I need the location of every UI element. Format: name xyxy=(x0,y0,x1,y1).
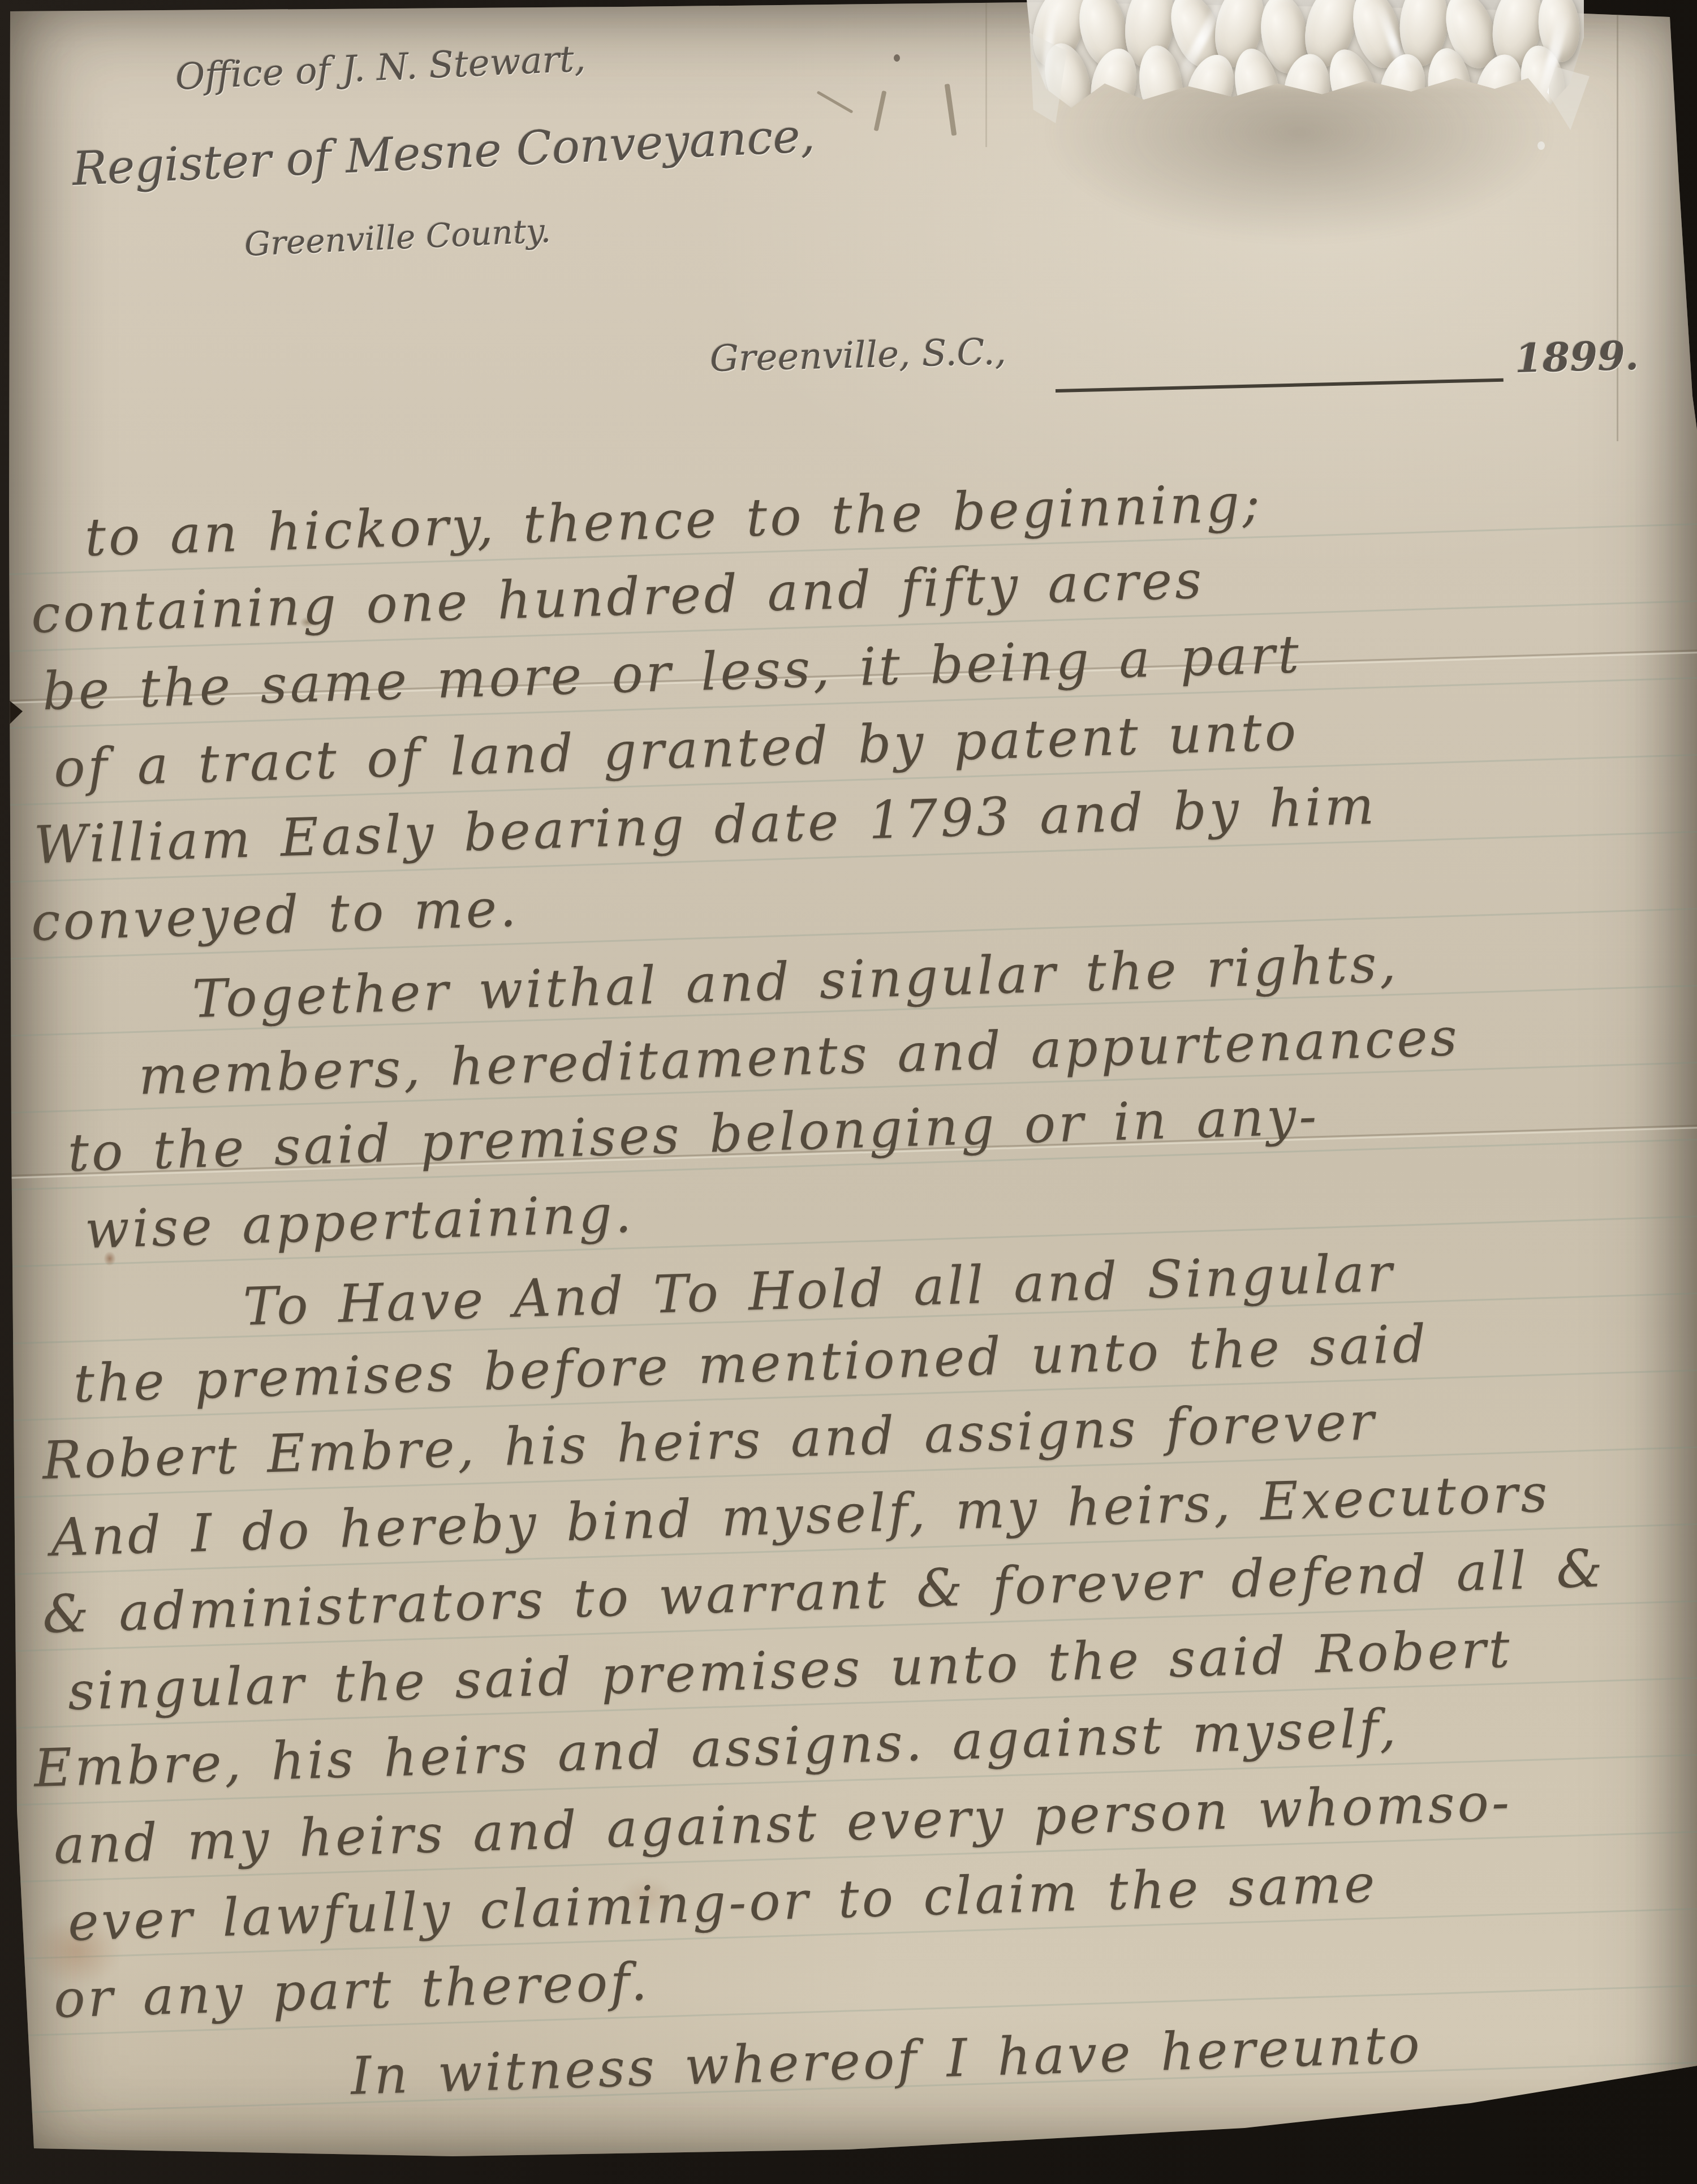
vertical-crease xyxy=(985,0,987,147)
handwritten-line: conveyed to me. xyxy=(31,882,520,949)
seed-bag-shadow xyxy=(1042,85,1557,243)
date-blank-line xyxy=(1056,378,1504,393)
handwritten-line: to an hickory, thence to the beginning; xyxy=(84,477,1264,564)
handwritten-line: to the said premises belonging or in any… xyxy=(67,1090,1320,1179)
handwritten-line: ever lawfully claiming-or to claim the s… xyxy=(67,1858,1379,1949)
letterhead-office-line: Office of J. N. Stewart, xyxy=(174,38,587,98)
handwritten-line: William Easly bearing date 1793 and by h… xyxy=(33,780,1378,872)
letterhead-year: 1899. xyxy=(1514,332,1639,382)
paper-sheet: Office of J. N. Stewart, Register of Mes… xyxy=(0,0,1697,2184)
handwritten-line: of a tract of land granted by patent unt… xyxy=(53,706,1300,795)
handwritten-line: wise appertaining. xyxy=(84,1188,635,1256)
scratch-mark xyxy=(945,84,957,136)
paper-fleck xyxy=(894,54,900,62)
handwritten-line: In witness whereof I have hereunto xyxy=(350,2019,1423,2103)
handwritten-line: be the same more or less, it being a par… xyxy=(42,628,1302,718)
letterhead-county-line: Greenville County. xyxy=(243,211,552,264)
handwritten-line: or any part thereof. xyxy=(53,1956,651,2026)
letterhead-place-line: Greenville, S.C., xyxy=(709,331,1007,380)
document-photo: Office of J. N. Stewart, Register of Mes… xyxy=(0,0,1697,2184)
scratch-mark xyxy=(874,91,887,131)
letterhead-title-line: Register of Mesne Conveyance, xyxy=(71,109,816,196)
scratch-mark xyxy=(817,91,854,113)
handwritten-line: Robert Embre, his heirs and assigns fore… xyxy=(42,1395,1378,1487)
